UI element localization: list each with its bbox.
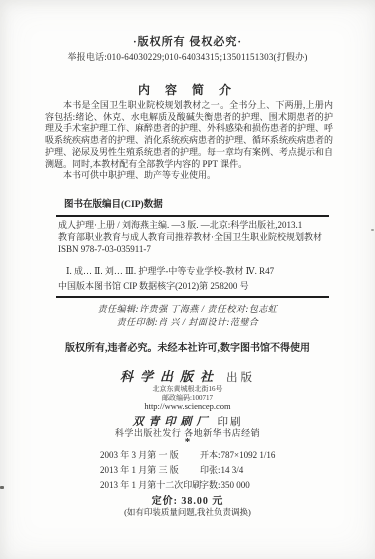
- rights-statement: 版权所有,违者必究。未经本社许可,数字图书馆不得使用: [0, 339, 375, 354]
- publisher-website: http://www.sciencep.com: [0, 401, 375, 411]
- cip-record-number: 中国版本图书馆 CIP 数据核字(2012)第 258200 号: [58, 279, 249, 292]
- copyright-page: ·版权所有 侵权必究· 举报电话:010-64030229;010-640343…: [0, 0, 375, 559]
- cip-header: 图书在版编目(CIP)数据: [64, 196, 163, 210]
- printing-row: 2003 年 3 月第 一 版 开本:787×1092 1/16: [0, 448, 375, 462]
- staff-editors-line: 责任编辑:许贵强 丁海燕 / 责任校对:包志虹: [0, 302, 375, 315]
- cip-bottom-rule: [56, 296, 329, 298]
- printing-wordcount: 字数:350 000: [200, 478, 250, 491]
- abstract-paragraph-1: 本书是全国卫生职业院校规划教材之一。全书分上、下两册,上册内容包括:绪论、休克、…: [45, 100, 333, 170]
- price-line: 定价: 38.00 元: [0, 492, 375, 507]
- abstract-paragraph-2: 本书可供中职护理、助产等专业使用。: [45, 170, 333, 182]
- printing-edition: 2013 年 1 月第 三 版: [100, 463, 179, 476]
- scan-speck: [371, 229, 374, 231]
- staff-print-design-line: 责任印制:肖 兴 / 封面设计:范璧合: [0, 315, 375, 328]
- publisher-name-suffix: 出版: [226, 372, 255, 384]
- printing-edition: 2003 年 3 月第 一 版: [100, 448, 179, 461]
- cip-title-line: 成人护理·上册 / 刘海燕主编. —3 版. —北京:科学出版社,2013.1: [58, 219, 338, 231]
- cip-isbn: ISBN 978-7-03-035911-7: [58, 243, 338, 255]
- publisher-line: 科学出版社出版: [0, 366, 375, 386]
- copyright-notice: ·版权所有 侵权必究·: [0, 33, 375, 49]
- cip-top-rule: [56, 215, 329, 217]
- publisher-name: 科学出版社: [120, 369, 220, 384]
- cip-block: 成人护理·上册 / 刘海燕主编. —3 版. —北京:科学出版社,2013.1 …: [58, 219, 338, 256]
- cip-series-line: 教育部职业教育与成人教育司推荐教材·全国卫生职业院校规划教材: [58, 231, 338, 243]
- printing-sheets: 印张:14 3/4: [200, 463, 243, 476]
- printing-format: 开本:787×1092 1/16: [200, 448, 275, 461]
- abstract-body: 本书是全国卫生职业院校规划教材之一。全书分上、下两册,上册内容包括:绪论、休克、…: [45, 100, 333, 182]
- printing-row: 2013 年 1 月第 三 版 印张:14 3/4: [0, 463, 375, 477]
- cip-classification: Ⅰ. 成… Ⅱ. 刘… Ⅲ. 护理学-中等专业学校-教材 Ⅳ. R47: [66, 264, 274, 277]
- replacement-note: (如有印装质量问题,我社负责调换): [0, 506, 375, 518]
- report-phone-line: 举报电话:010-64030229;010-64034315;135011513…: [0, 50, 375, 63]
- scan-speck: [0, 486, 4, 489]
- section-divider-star: *: [0, 436, 375, 448]
- abstract-title: 内 容 简 介: [0, 81, 375, 98]
- printing-row: 2013 年 1 月第十二次印刷 字数:350 000: [0, 478, 375, 492]
- printing-impression: 2013 年 1 月第十二次印刷: [100, 478, 201, 491]
